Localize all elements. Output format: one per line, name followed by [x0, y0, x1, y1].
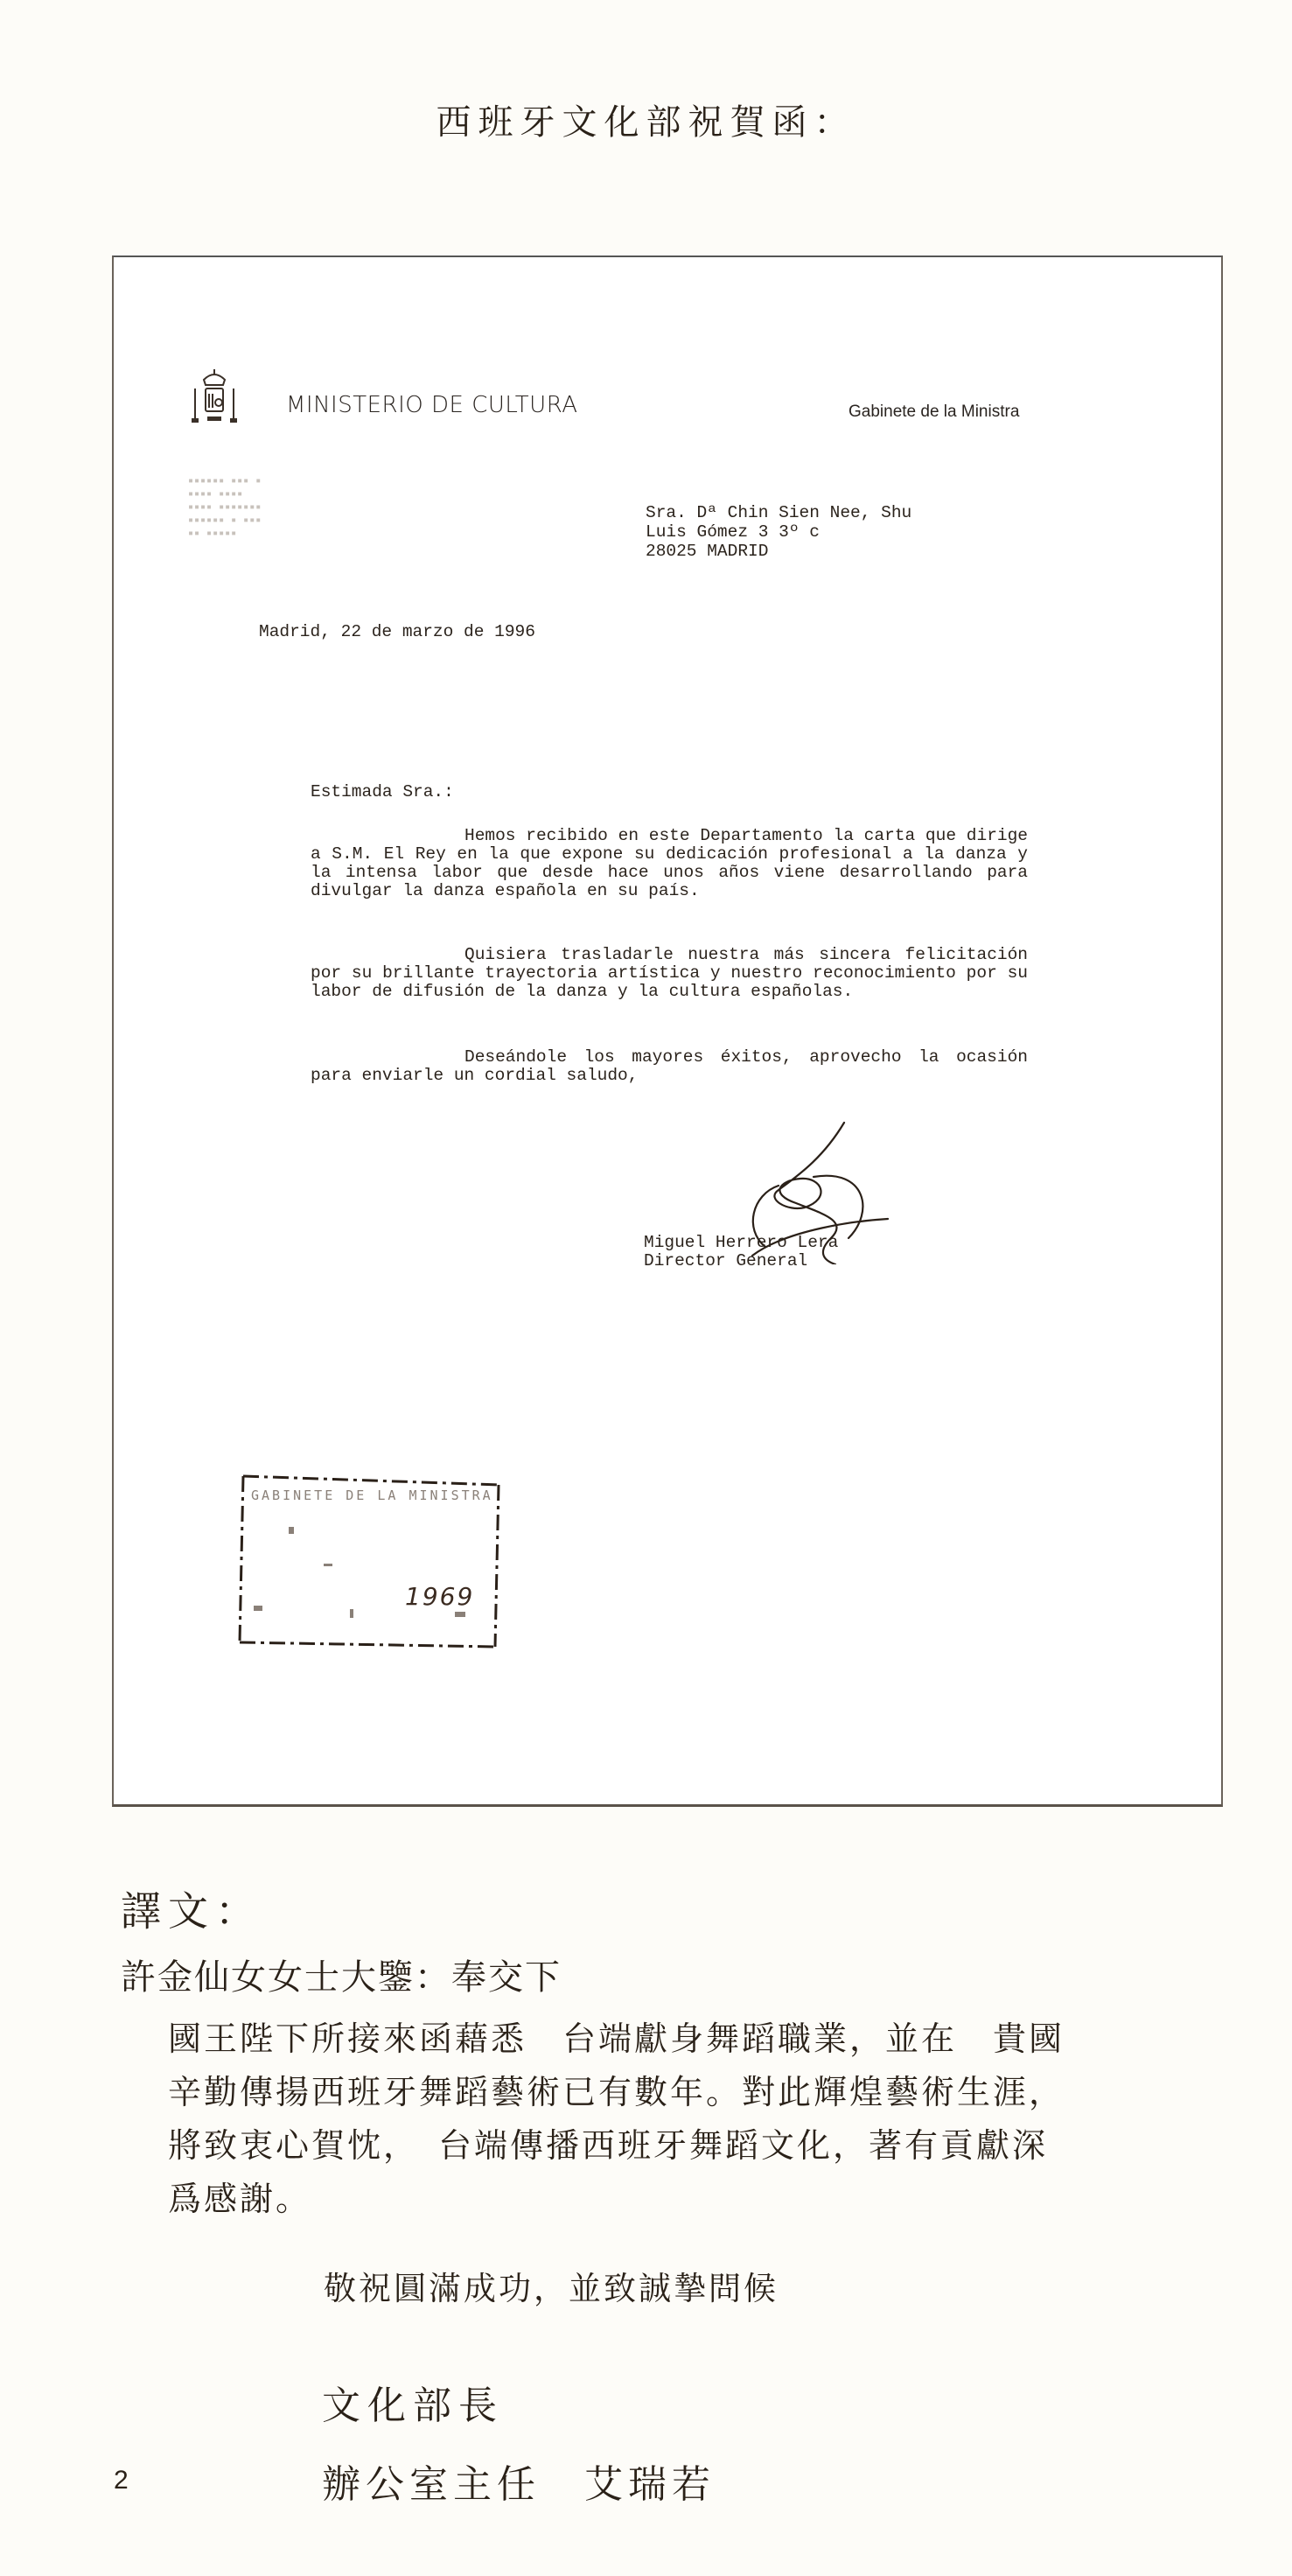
ministry-name: MINISTERIO DE CULTURA	[286, 392, 578, 418]
letter-paragraph: Hemos recibido en este Departamento la c…	[311, 827, 1028, 900]
translation-body: 國王陛下所接來函藉悉 台端獻身舞蹈職業，並在 貴國 辛勤傳揚西班牙舞蹈藝術已有數…	[168, 2012, 1148, 2226]
cabinet-label: Gabinete de la Ministra	[849, 402, 1019, 422]
stamp-number: 1969	[405, 1582, 474, 1611]
faded-sender-address: ▪▪▪▪▪▪ ▪▪▪ ▪▪▪▪▪ ▪▪▪▪▪▪▪▪ ▪▪▪▪▪▪▪▪▪▪▪▪▪ …	[188, 474, 262, 540]
page-number: 2	[114, 2466, 129, 2495]
signer-title: Director General	[644, 1251, 807, 1270]
letter-date: Madrid, 22 de marzo de 1996	[259, 622, 535, 641]
translation-salutation: 許金仙女女士大鑒：奉交下	[121, 1949, 562, 1999]
translation-signature-title: 文化部長	[322, 2374, 504, 2430]
translation-line: 將致衷心賀忱， 台端傳播西班牙舞蹈文化，著有貢獻深	[168, 2119, 1148, 2173]
letter-paragraph: Quisiera trasladarle nuestra más sincera…	[311, 946, 1028, 1001]
translation-signature-name: 辦公室主任 艾瑞若	[322, 2453, 716, 2509]
signer-block: Miguel Herrero Lera Director General	[644, 1234, 838, 1270]
stamp-header: GABINETE DE LA MINISTRA	[251, 1487, 493, 1503]
signer-name: Miguel Herrero Lera	[644, 1233, 838, 1252]
letter-salutation: Estimada Sra.:	[311, 782, 454, 801]
page-heading: 西班牙文化部祝賀函：	[0, 94, 1292, 144]
translation-title: 譯文：	[121, 1879, 262, 1937]
letter-paragraph: Deseándole los mayores éxitos, aprovecho…	[311, 1048, 1028, 1085]
translation-line: 辛勤傳揚西班牙舞蹈藝術已有數年。對此輝煌藝術生涯，	[168, 2066, 1148, 2119]
recipient-line-2: Luis Gómez 3 3º c	[646, 522, 820, 542]
translation-line: 國王陛下所接來函藉悉 台端獻身舞蹈職業，並在 貴國	[168, 2012, 1148, 2066]
spanish-coat-of-arms-icon	[188, 367, 241, 427]
translation-closing: 敬祝圓滿成功，並致誠摯問候	[324, 2262, 779, 2309]
recipient-address: Sra. Dª Chin Sien Nee, Shu Luis Gómez 3 …	[646, 503, 911, 561]
recipient-line-1: Sra. Dª Chin Sien Nee, Shu	[646, 503, 911, 522]
recipient-line-3: 28025 MADRID	[646, 542, 768, 561]
translation-line: 爲感謝。	[168, 2173, 1148, 2226]
